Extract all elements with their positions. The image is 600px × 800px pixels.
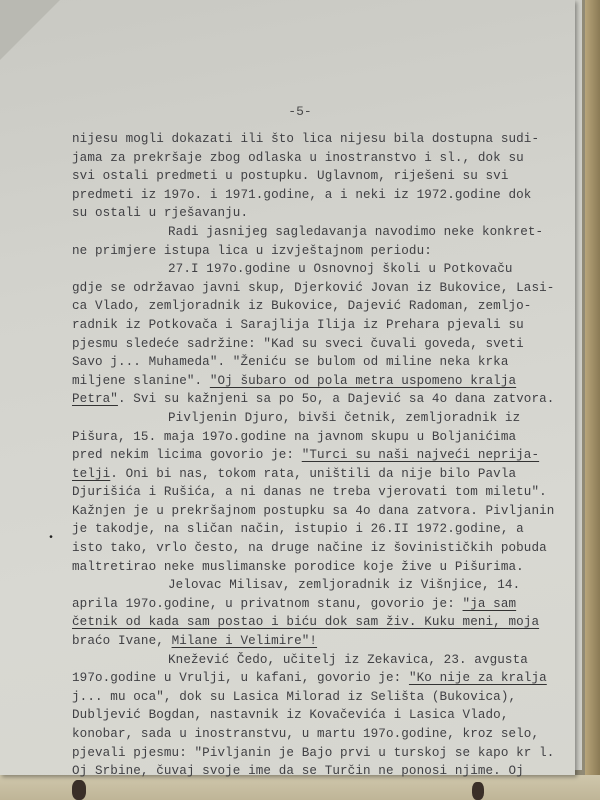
page-number: -5- [0, 104, 600, 119]
text-line: 27.I 197o.godine u Osnovnoj školi u Potk… [72, 260, 542, 279]
text-line: miljene slanine". "Oj šubaro od pola met… [72, 372, 542, 391]
text-line: svi ostali predmeti u postupku. Uglavnom… [72, 167, 542, 186]
background-edge [585, 0, 600, 800]
folded-corner [0, 0, 60, 60]
text-line: Knežević Čedo, učitelj iz Zekavica, 23. … [72, 651, 542, 670]
text-line: maltretirao neke muslimanske porodice ko… [72, 558, 542, 577]
underlined-quote: "Ko nije za kralja [409, 671, 547, 685]
text-line: isto tako, vrlo često, na druge načine i… [72, 539, 542, 558]
text-line: predmeti iz 197o. i 1971.godine, a i nek… [72, 186, 542, 205]
underlined-quote: četnik od kada sam postao i biću dok sam… [72, 615, 539, 629]
text-line: ne primjere istupa lica u izvještajnom p… [72, 242, 542, 261]
text-line: Kažnjen je u prekršajnom postupku sa 4o … [72, 502, 542, 521]
text-line: j... mu oca", dok su Lasica Milorad iz S… [72, 688, 542, 707]
underlined-quote: Milane i Velimire"! [172, 634, 318, 648]
text-line: Oj Srbine, čuvaj svoje ime da se Turčin … [72, 762, 542, 781]
text-line: ca Vlado, zemljoradnik iz Bukovice, Daje… [72, 297, 542, 316]
text-line: 197o.godine u Vrulji, u kafani, govorio … [72, 669, 542, 688]
text-line: pred nekim licima govorio je: "Turci su … [72, 446, 542, 465]
text-line: Pišura, 15. maja 197o.godine na javnom s… [72, 428, 542, 447]
text-line: konobar, sada u inostranstvu, u martu 19… [72, 725, 542, 744]
text-line: aprila 197o.godine, u privatnom stanu, g… [72, 595, 542, 614]
text-line: Jelovac Milisav, zemljoradnik iz Višnjic… [72, 576, 542, 595]
margin-mark: • [48, 533, 54, 544]
text-line: braćo Ivane, Milane i Velimire"! [72, 632, 542, 651]
underlined-quote: telji [72, 467, 110, 481]
stain-mark [472, 782, 484, 800]
text-line: pjesmu sledeće sadržine: "Kad su sveci č… [72, 335, 542, 354]
underlined-quote: Petra" [72, 392, 118, 406]
underlined-quote: "ja sam [463, 597, 517, 611]
text-line: Savo j... Muhameda". "Ženiću se bulom od… [72, 353, 542, 372]
text-line: jama za prekršaje zbog odlaska u inostra… [72, 149, 542, 168]
text-line: su ostali u rješavanju. [72, 204, 542, 223]
text-line: Petra". Svi su kažnjeni sa po 5o, a Daje… [72, 390, 542, 409]
text-line: Radi jasnijeg sagledavanja navodimo neke… [72, 223, 542, 242]
underlined-quote: "Oj šubaro od pola metra uspomeno kralja [210, 374, 516, 388]
text-line: Dubljević Bogdan, nastavnik iz Kovačević… [72, 706, 542, 725]
text-line: radnik iz Potkovača i Sarajlija Ilija iz… [72, 316, 542, 335]
text-line: nijesu mogli dokazati ili što lica nijes… [72, 130, 542, 149]
text-line: gdje se održavao javni skup, Djerković J… [72, 279, 542, 298]
text-line: Pivljenin Djuro, bivši četnik, zemljorad… [72, 409, 542, 428]
underlined-quote: "Turci su naši najveći neprija- [302, 448, 539, 462]
document-body: nijesu mogli dokazati ili što lica nijes… [72, 130, 542, 781]
stain-mark [72, 780, 86, 800]
text-line: je takodje, na sličan način, istupio i 2… [72, 520, 542, 539]
text-line: telji. Oni bi nas, tokom rata, uništili … [72, 465, 542, 484]
text-line: Djurišića i Rušića, a ni danas ne treba … [72, 483, 542, 502]
text-line: četnik od kada sam postao i biću dok sam… [72, 613, 542, 632]
text-line: pjevali pjesmu: "Pivljanin je Bajo prvi … [72, 744, 542, 763]
